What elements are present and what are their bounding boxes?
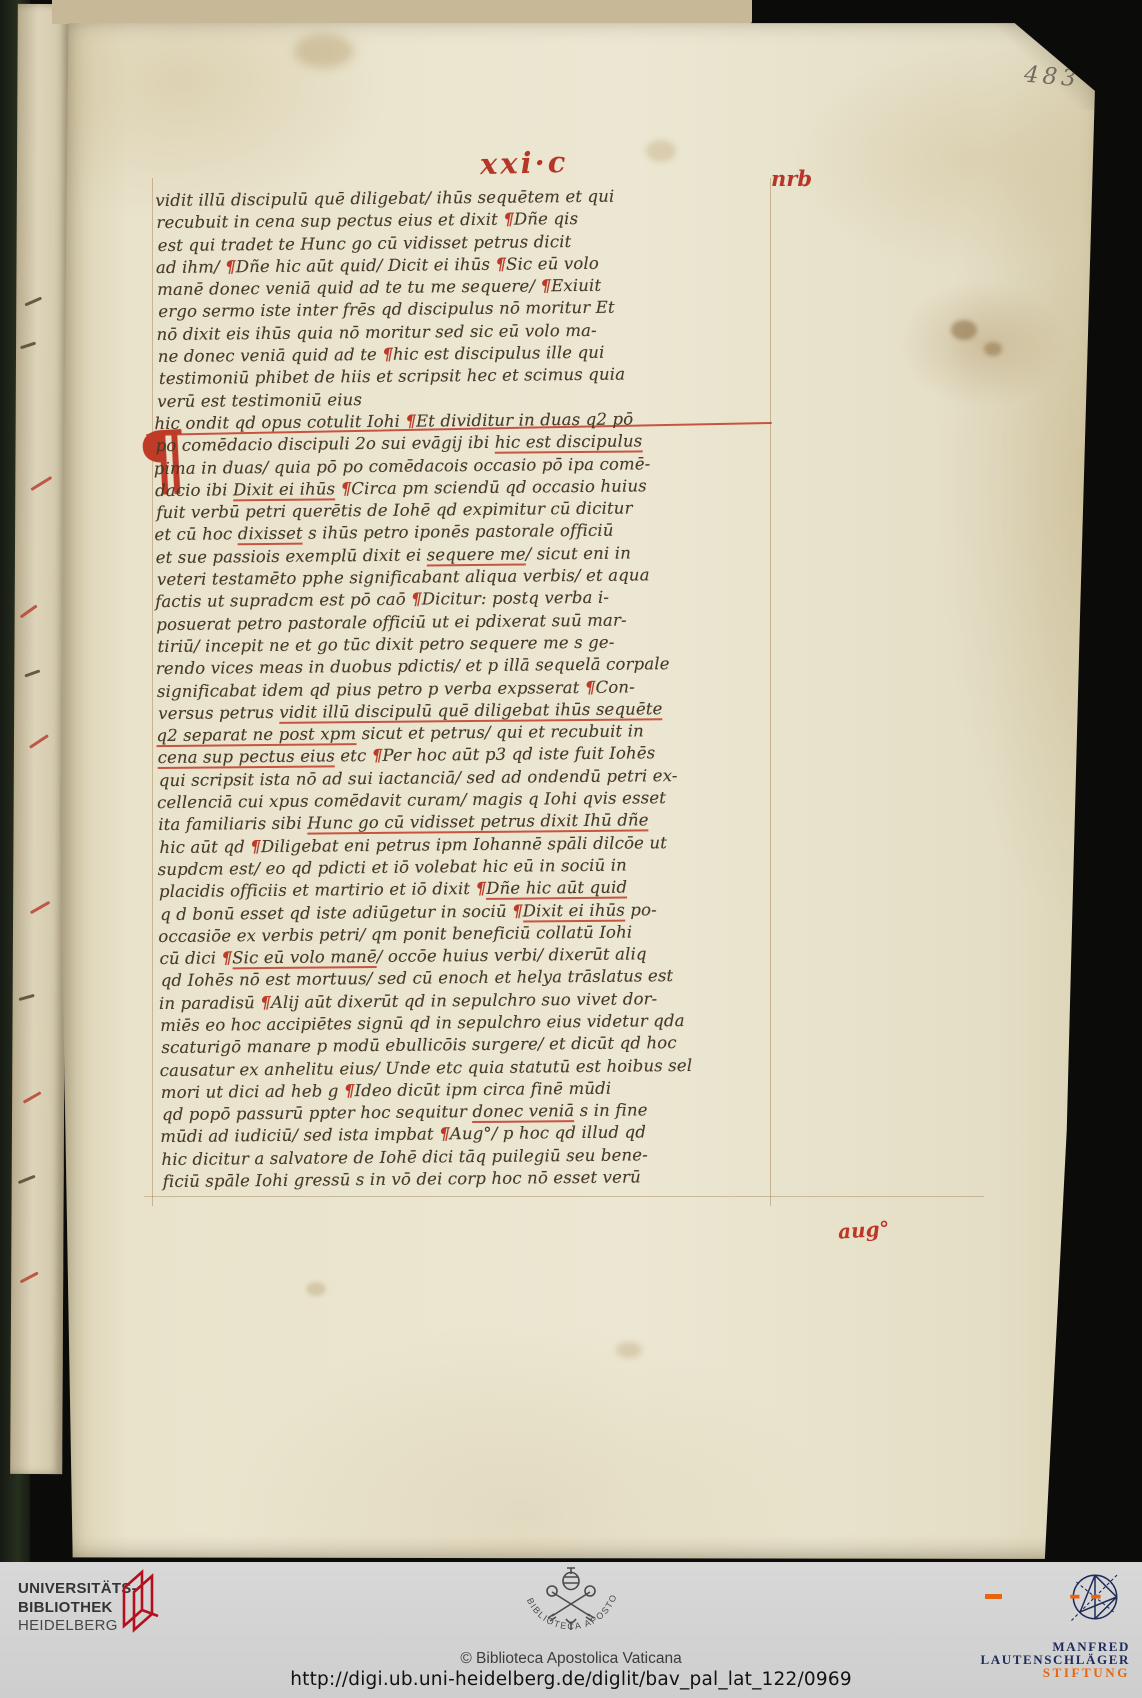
rubric-paraph-mark: ¶ <box>341 479 352 498</box>
rubric-paraph-mark: ¶ <box>260 993 271 1012</box>
rubric-paraph-mark: ¶ <box>405 412 416 431</box>
ub-heidelberg-logo-icon <box>112 1568 162 1639</box>
rubric-paraph-mark: ¶ <box>221 948 232 967</box>
chapter-heading: xxi·c <box>480 145 569 181</box>
page-edge-mark <box>19 994 35 1001</box>
manuscript-lines: vidit illū discipulū quē diligebat/ ihūs… <box>151 185 801 1194</box>
page-edge-mark <box>24 296 42 306</box>
lautenschlaeger-stiftung-label: MANFRED LAUTENSCHLÄGER STIFTUNG <box>980 1640 1130 1679</box>
page-edge-mark <box>20 604 38 618</box>
page-edge-mark <box>20 1271 39 1283</box>
rubric-paraph-mark: ¶ <box>495 255 506 274</box>
red-underlined-lemma: sequere me <box>427 544 526 566</box>
rubric-paraph-mark: ¶ <box>344 1081 355 1100</box>
page-edge-mark <box>24 669 40 677</box>
vatican-seal-icon: BIBLIOTECA APOSTOLICA VATICANA <box>506 1564 636 1655</box>
red-underlined-lemma: q2 separat ne post xpm <box>156 724 356 747</box>
red-underlined-lemma: Dixit ei ihūs <box>523 900 625 922</box>
red-underlined-lemma: Dñe hic aūt quid <box>486 878 627 900</box>
rubric-paraph-mark: ¶ <box>585 677 596 696</box>
page-edge-mark <box>20 342 36 350</box>
footer-bar: UNIVERSITÄTS- BIBLIOTHEK HEIDELBERG <box>0 1562 1142 1698</box>
stain <box>646 140 676 162</box>
parchment-page: xxi·c nrb 483 aug° ¶ vidit illū discipul… <box>56 20 1098 1562</box>
page-edge-mark <box>29 734 49 749</box>
page-edge-mark <box>30 901 51 915</box>
red-underlined-lemma: Sic eū volo manē <box>232 947 377 969</box>
rubric-paraph-mark: ¶ <box>475 879 486 898</box>
red-underlined-lemma: Dixit ei ihūs <box>233 479 335 501</box>
stain <box>616 1342 642 1358</box>
stain <box>951 320 977 340</box>
manuscript-text-line: ficiū spāle Iohi gressū s in vō dei corp… <box>163 1166 801 1194</box>
source-url: http://digi.ub.uni-heidelberg.de/diglit/… <box>0 1669 1142 1690</box>
rubric-paraph-mark: ¶ <box>503 210 514 229</box>
stain <box>984 342 1002 356</box>
margin-note-augustinus: aug° <box>837 1216 890 1244</box>
page-edge-mark <box>23 1091 42 1104</box>
red-underlined-lemma: cena sup pectus eius <box>158 747 335 770</box>
page-edge-mark <box>30 476 52 491</box>
upper-leaf-edge <box>52 0 752 24</box>
rubric-paraph-mark: ¶ <box>439 1125 450 1144</box>
facing-page-edge <box>10 4 70 1474</box>
svg-text:BIBLIOTECA APOSTOLICA VATICA: BIBLIOTECA APOSTOLICA VATICANA <box>506 1564 619 1631</box>
mls-line3: STIFTUNG <box>980 1666 1130 1679</box>
rubric-paraph-mark: ¶ <box>372 746 383 765</box>
rubric-paraph-mark: ¶ <box>382 345 393 364</box>
red-underlined-lemma: dixisset <box>238 524 303 546</box>
rubric-paraph-mark: ¶ <box>540 276 551 295</box>
rubric-paraph-mark: ¶ <box>411 590 422 609</box>
rubric-paraph-mark: ¶ <box>512 901 523 920</box>
rubric-paraph-mark: ¶ <box>225 257 236 276</box>
stain <box>294 34 354 68</box>
orange-dash <box>985 1594 1002 1599</box>
ruling-line-bottom <box>144 1196 984 1197</box>
stain <box>306 1282 326 1296</box>
red-underlined-lemma: donec veniā <box>472 1101 574 1123</box>
red-underlined-lemma: vidit illū discipulū quē diligebat ihūs … <box>279 699 662 724</box>
manuscript-scan-photo: xxi·c nrb 483 aug° ¶ vidit illū discipul… <box>0 0 1142 1698</box>
page-edge-mark <box>18 1175 36 1184</box>
rubric-paraph-mark: ¶ <box>250 837 261 856</box>
folio-number: 483 <box>1023 62 1081 93</box>
red-underlined-lemma: Hunc go cū vidisset petrus dixit Ihū dñe <box>307 811 649 835</box>
lautenschlaeger-globe-icon <box>1064 1566 1126 1633</box>
vatican-seal-ring-text: BIBLIOTECA APOSTOLICA VATICANA <box>506 1564 619 1631</box>
red-underlined-lemma: hic est discipulus <box>495 432 643 454</box>
vatican-copyright: © Biblioteca Apostolica Vaticana <box>0 1650 1142 1668</box>
